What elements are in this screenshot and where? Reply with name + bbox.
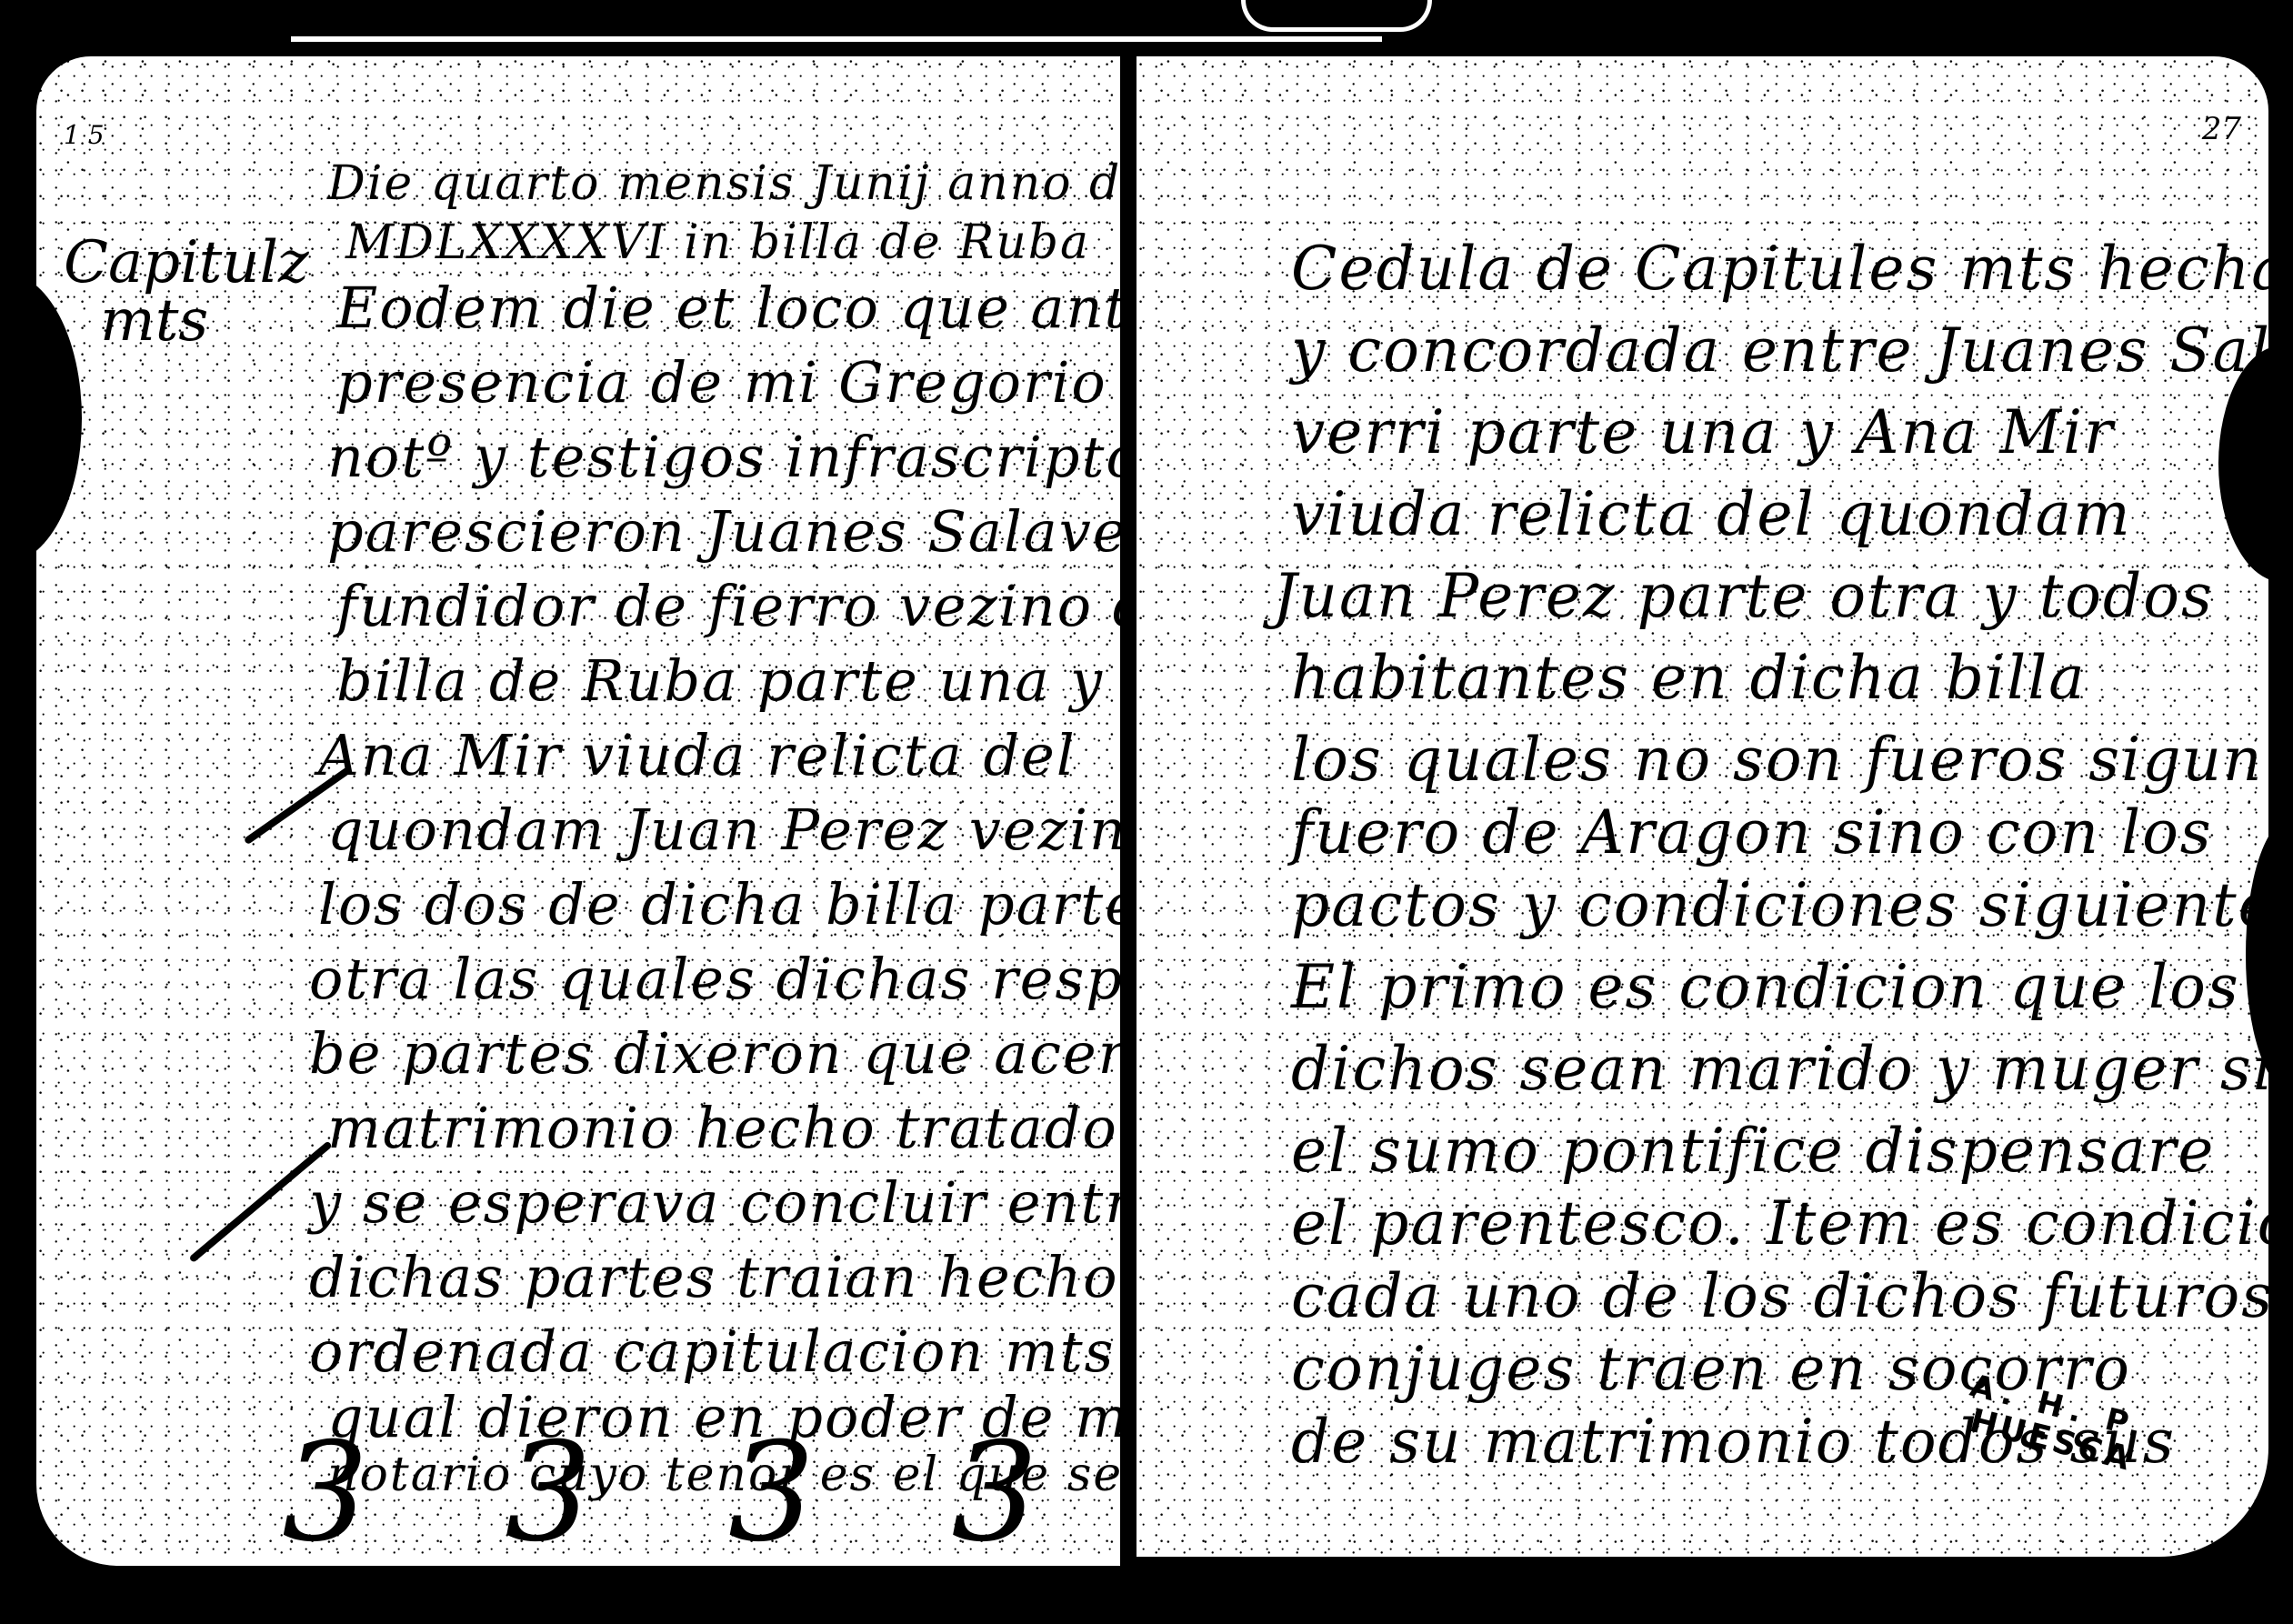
body-line: viuda relicta del quondam: [1291, 479, 2132, 549]
right-folio-number: 27: [2202, 111, 2241, 147]
body-line: Cedula de Capitules mts hecha: [1291, 234, 2268, 304]
bottom-mark: 3: [951, 1414, 1037, 1572]
body-line: fuero de Aragon sino con los: [1291, 797, 2213, 867]
body-line: matrimonio hecho tratado: [327, 1095, 1118, 1161]
body-line: dichas partes traian hecho y: [309, 1244, 1123, 1310]
heading-line: MDLXXXXVI in billa de Ruba: [345, 216, 1090, 270]
body-line: parescieron Juanes Salaverri: [327, 498, 1123, 565]
body-line: otra las quales dichas respectiva: [309, 946, 1123, 1012]
body-line: presencia de mi Gregorio Guillem: [336, 349, 1123, 416]
book-top-rule: [291, 36, 1382, 42]
binding-clasp: [1241, 0, 1432, 32]
margin-note-line: Capitulz: [64, 234, 309, 292]
body-line: habitantes en dicha billa: [1291, 643, 2087, 713]
body-line: los dos de dicha billa parte: [318, 871, 1123, 937]
body-line: pactos y condiciones siguientes: [1291, 870, 2268, 940]
body-line: be partes dixeron que acerca del: [309, 1020, 1123, 1087]
body-line: notº y testigos infrascriptos: [327, 424, 1123, 490]
scan-top-edge: [0, 0, 2293, 53]
body-line: el parentesco. Item es condicion que: [1291, 1188, 2268, 1258]
body-line: y se esperava concluir entre: [309, 1169, 1123, 1236]
body-line: quondam Juan Perez vezinos: [327, 797, 1123, 863]
body-line: billa de Ruba parte una y: [336, 647, 1104, 714]
bottom-mark: 3: [282, 1414, 368, 1572]
body-line: Juan Perez parte otra y todos: [1273, 561, 2214, 631]
heading-line: Die quarto mensis Junij anno dni: [327, 156, 1123, 211]
left-folio-mark: 1 5: [64, 120, 105, 150]
body-line: los quales no son fueros sigun: [1291, 725, 2264, 795]
margin-note: Capitulz mts: [64, 234, 309, 350]
body-line: cada uno de los dichos futuros: [1291, 1261, 2268, 1331]
margin-note-line: mts: [100, 292, 309, 350]
bottom-mark: 3: [728, 1414, 815, 1572]
body-line: fundidor de fierro vezino de la: [336, 573, 1123, 639]
body-line: y concordada entre Juanes Sala: [1291, 316, 2268, 386]
bottom-mark: 3: [505, 1414, 591, 1572]
body-line: ordenada capitulacion mts la: [309, 1318, 1123, 1385]
body-line: verri parte una y Ana Mir: [1291, 397, 2115, 467]
body-line: El primo es condicion que los: [1291, 952, 2240, 1022]
left-page: 1 5 Capitulz mts Die quarto mensis Junij…: [36, 56, 1123, 1566]
body-line: el sumo pontifice dispensare: [1291, 1116, 2215, 1186]
body-line: Eodem die et loco que ante la: [336, 275, 1123, 341]
bottom-marks: 3 3 3 3 3: [282, 1414, 1261, 1572]
body-line: dichos sean marido y muger si: [1291, 1034, 2268, 1104]
right-page: 27 Cedula de Capitules mts hecha y conco…: [1136, 56, 2268, 1557]
book-gutter: [1120, 45, 1129, 1573]
body-line: Ana Mir viuda relicta del: [318, 722, 1076, 788]
